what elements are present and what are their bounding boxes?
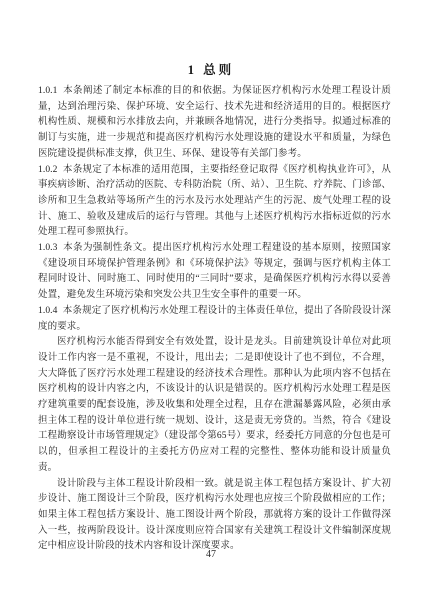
clause-number: 1.0.1 [38, 86, 58, 96]
clause-paragraph-1-0-1: 1.0.1本条阐述了制定本标准的目的和依据。为保证医疗机构污水处理工程设计质量，… [38, 84, 391, 163]
page-number: 47 [0, 549, 422, 560]
clause-number: 1.0.3 [38, 243, 58, 253]
document-body: 1.0.1本条阐述了制定本标准的目的和依据。为保证医疗机构污水处理工程设计质量，… [38, 84, 391, 555]
document-page: 1 总则 1.0.1本条阐述了制定本标准的目的和依据。为保证医疗机构污水处理工程… [0, 0, 422, 596]
clause-paragraph-1-0-4: 1.0.4本条规定了医疗机构污水处理工程设计的主体责任单位，提出了各阶段设计深度… [38, 304, 391, 335]
clause-text: 本条规定了本标准的适用范围，主要指经登记取得《医疗机构执业许可》，从事疾病诊断、… [38, 165, 391, 238]
commentary-paragraph-2: 设计阶段与主体工程设计阶段相一致。就是说主体工程包括方案设计、扩大初步设计、施工… [38, 477, 391, 556]
clause-paragraph-1-0-3: 1.0.3本条为强制性条文。提出医疗机构污水处理工程建设的基本原则，按照国家《建… [38, 241, 391, 304]
clause-text: 本条为强制性条文。提出医疗机构污水处理工程建设的基本原则，按照国家《建设项目环境… [38, 243, 391, 300]
chapter-title: 1 总则 [0, 60, 422, 78]
clause-paragraph-1-0-2: 1.0.2本条规定了本标准的适用范围，主要指经登记取得《医疗机构执业许可》，从事… [38, 163, 391, 242]
clause-text: 本条规定了医疗机构污水处理工程设计的主体责任单位，提出了各阶段设计深度的要求。 [38, 306, 391, 332]
commentary-paragraph-1: 医疗机构污水能否得到安全有效处置，设计是龙头。目前建筑设计单位对此项设计工作内容… [38, 335, 391, 476]
clause-number: 1.0.4 [38, 306, 58, 316]
clause-text: 本条阐述了制定本标准的目的和依据。为保证医疗机构污水处理工程设计质量，达到治理污… [38, 86, 391, 159]
clause-number: 1.0.2 [38, 165, 58, 175]
